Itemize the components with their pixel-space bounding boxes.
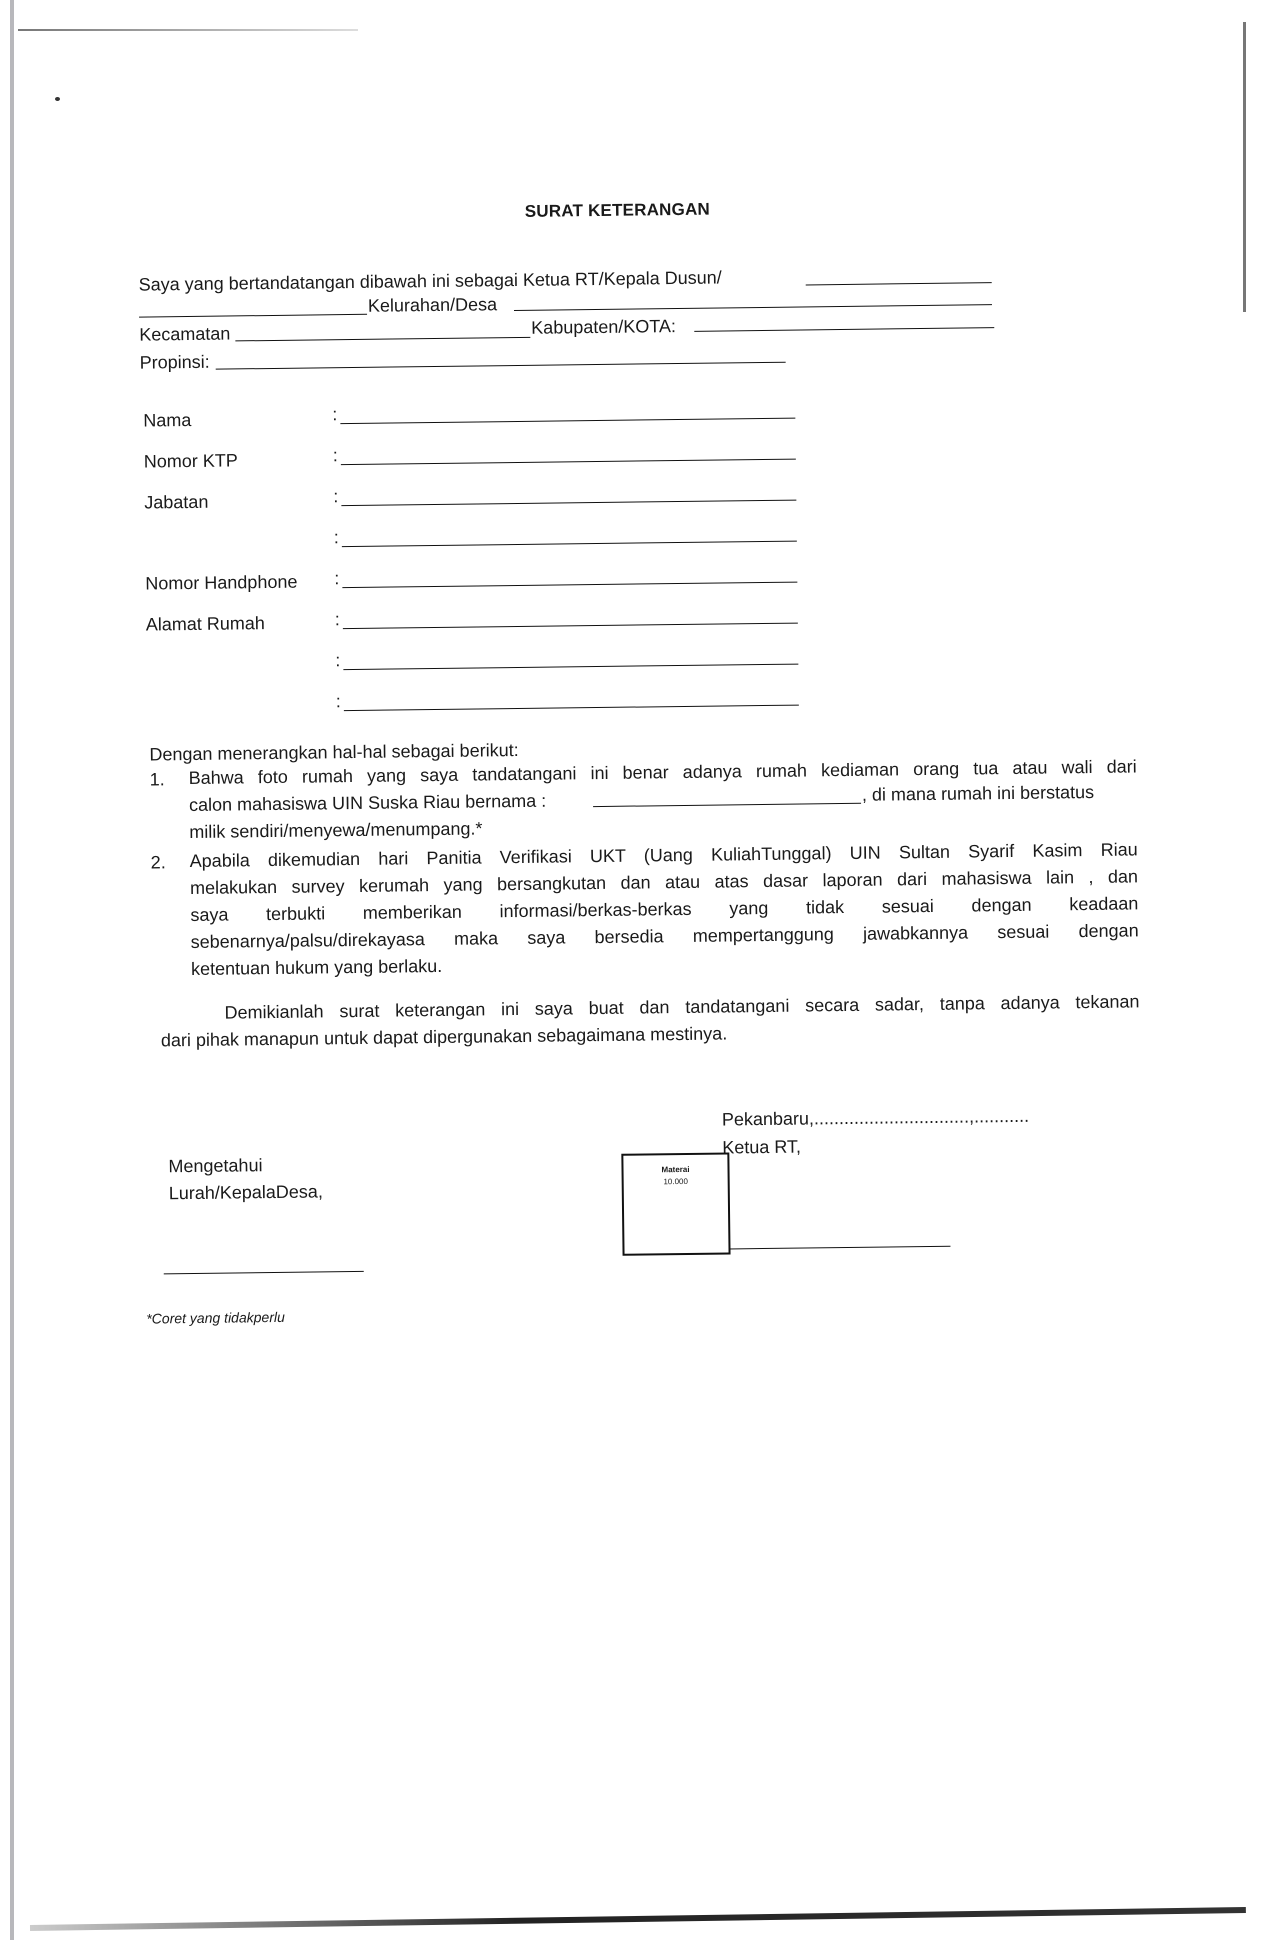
document-page: SURAT KETERANGAN Saya yang bertandatanga… (0, 0, 1261, 1946)
materai-label: Materai (623, 1164, 727, 1174)
materai-value: 10.000 (624, 1176, 728, 1186)
footnote: *Coret yang tidakperlu (146, 1309, 285, 1327)
lurah-label: Lurah/KepalaDesa, (169, 1180, 323, 1204)
field-colon: : (336, 691, 341, 712)
item-1-number: 1. (150, 768, 165, 790)
document-title: SURAT KETERANGAN (525, 199, 710, 223)
closing-line-2: dari pihak manapun untuk dapat diperguna… (161, 1020, 728, 1053)
kabupaten-blank[interactable] (694, 327, 994, 332)
lurah-signature-line[interactable] (164, 1271, 364, 1274)
field-label-jabatan: Jabatan (144, 492, 208, 514)
dusun-blank-2[interactable] (139, 314, 367, 318)
field-ktp-input[interactable] (341, 459, 796, 466)
field-colon: : (335, 650, 340, 671)
materai-stamp-box: Materai 10.000 (621, 1152, 730, 1255)
field-jabatan-input[interactable] (341, 500, 796, 507)
propinsi-label: Propinsi: (139, 351, 209, 374)
ketua-rt-label: Ketua RT, (722, 1136, 801, 1159)
field-label-alamat: Alamat Rumah (146, 613, 265, 635)
kelurahan-blank[interactable] (514, 304, 992, 311)
field-label-handphone: Nomor Handphone (145, 572, 297, 595)
field-colon: : (334, 527, 339, 548)
place-date[interactable]: Pekanbaru,..............................… (722, 1105, 1029, 1131)
intro-line-1: Saya yang bertandatangan dibawah ini seb… (139, 266, 722, 295)
kabupaten-label: Kabupaten/KOTA: (531, 315, 676, 339)
field-alamat-input-2[interactable] (343, 664, 798, 671)
item-2-number: 2. (151, 851, 166, 873)
field-colon: : (332, 404, 337, 425)
kecamatan-label: Kecamatan (139, 322, 230, 345)
field-alamat-input-3[interactable] (344, 705, 799, 712)
field-colon: : (333, 445, 338, 466)
identity-fields: Nama : Nomor KTP : Jabatan : : Nomor Han… (0, 0, 1251, 7)
field-colon: : (335, 609, 340, 630)
item-2-line-5: ketentuan hukum yang berlaku. (191, 953, 442, 982)
rt-signature-line[interactable] (728, 1246, 950, 1250)
dusun-blank[interactable] (806, 282, 992, 285)
item-1-line-3: milik sendiri/menyewa/menumpang.* (189, 817, 482, 843)
mengetahui-label: Mengetahui (168, 1154, 262, 1177)
field-label-ktp: Nomor KTP (144, 450, 238, 472)
item-1-line-2-post: , di mana rumah ini berstatus (862, 781, 1094, 806)
field-handphone-input[interactable] (342, 582, 797, 589)
propinsi-blank[interactable] (216, 362, 786, 370)
item-1-line-2-pre: calon mahasiswa UIN Suska Riau bernama : (189, 790, 546, 816)
field-colon: : (333, 486, 338, 507)
field-label-nama: Nama (143, 410, 191, 432)
field-colon: : (334, 568, 339, 589)
field-jabatan-extra-input[interactable] (342, 541, 797, 548)
field-alamat-input[interactable] (343, 623, 798, 630)
kelurahan-label: Kelurahan/Desa (368, 293, 497, 317)
field-nama-input[interactable] (340, 418, 795, 425)
kecamatan-blank[interactable] (235, 337, 530, 342)
student-name-blank[interactable] (593, 803, 861, 807)
